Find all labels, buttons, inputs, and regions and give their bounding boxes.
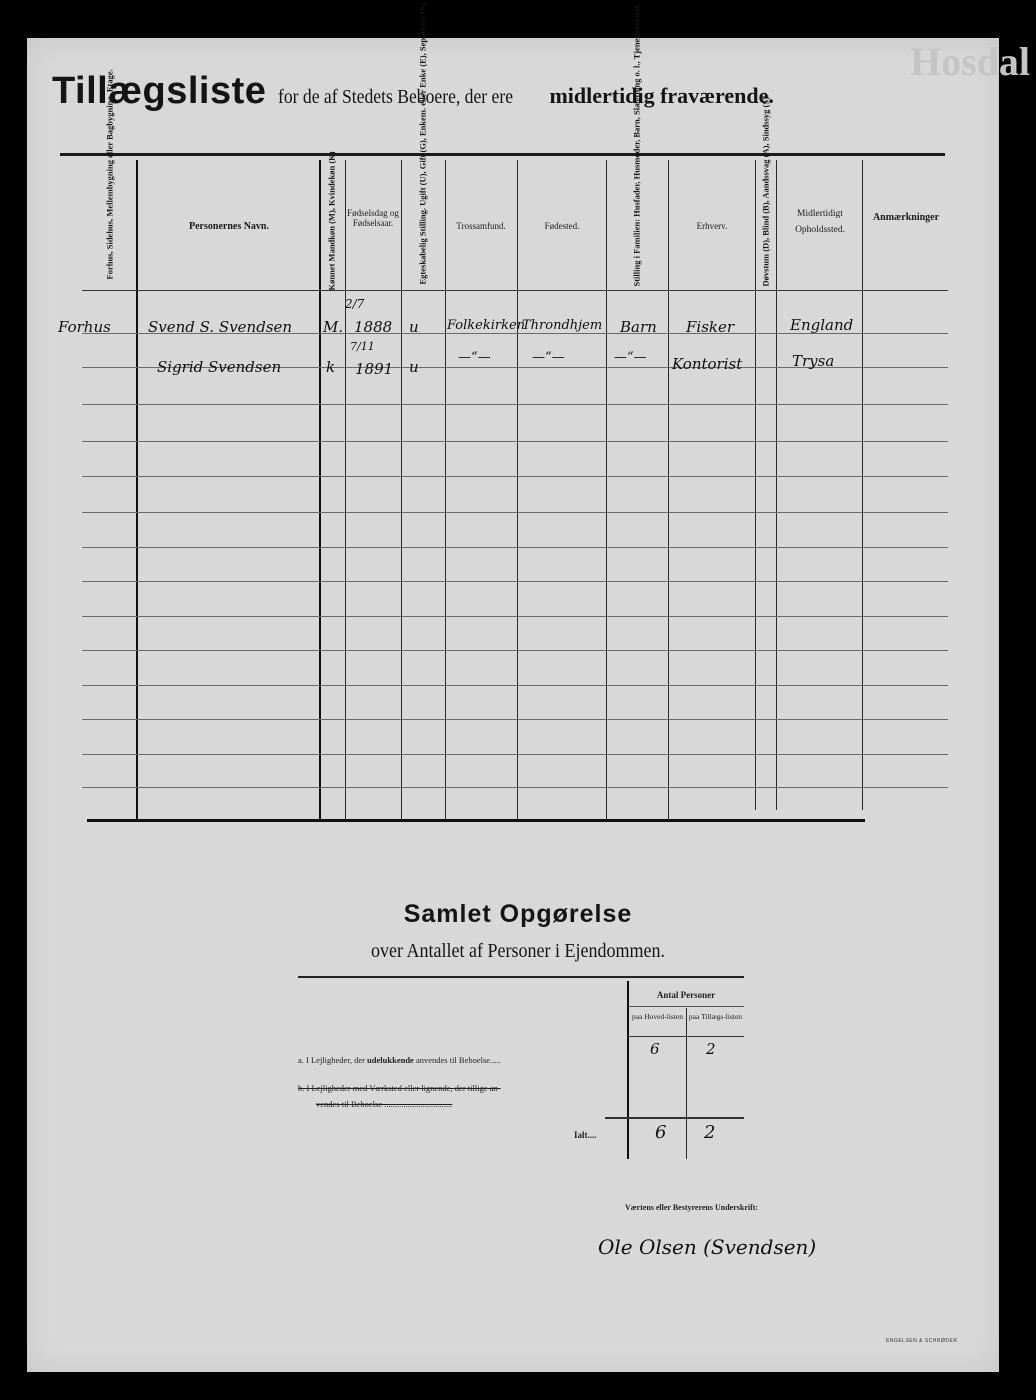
title-middle: for de af Stedets Beboere, der ere [278,86,513,109]
header-family-position: Stilling i Familien: Husfader, Husmoder,… [633,167,642,287]
row1-name: Svend S. Svendsen [148,318,292,336]
row2-birth-day: 7/11 [350,340,375,353]
row2-temp-residence: Trysa [792,352,834,370]
row2-birthplace-ditto: —“— [532,350,565,365]
row2-occupation: Kontorist [672,355,742,373]
table-bottom-rule [87,819,865,822]
row1-birthplace: Throndhjem [522,318,602,333]
row2-family-position-ditto: —“— [614,350,647,365]
summary-total-label: Ialt.... [574,1130,597,1140]
summary-row-b-label-2: vendes til Beboelse ....................… [316,1099,452,1109]
row1-religion: Folkekirken [447,318,525,333]
row2-sex: k [326,358,335,376]
title-end: midlertidig fraværende. [549,83,773,108]
row2-name: Sigrid Svendsen [157,358,281,376]
title-main: Tillægsliste [52,70,266,112]
header-marital: Egteskabelig Stilling. Ugift (U), Gift (… [419,165,428,285]
summary-col-main: paa Hoved-listen [630,1012,685,1022]
summary-row-a-supp: 2 [706,1040,716,1058]
signature-value: Ole Olsen (Svendsen) [598,1235,816,1259]
row1-marital: u [409,318,419,336]
signature-label: Værtens eller Bestyrerens Underskrift: [625,1203,758,1212]
summary-row-b-label-1: b. I Lejligheder med Værksted eller lign… [298,1083,501,1093]
header-birthplace: Fødested. [519,221,605,231]
row2-birth-year: 1891 [355,360,393,378]
summary-total-supp: 2 [704,1122,715,1143]
printer-stamp: ENGELSEN & SCHRØDER [886,1338,957,1344]
summary-col-group: Antal Personer [628,990,744,1000]
summary-row-a-label: a. I Lejligheder, der udelukkende anvend… [298,1055,501,1065]
header-religion: Trossamfund. [447,221,515,231]
row1-birth-year: 1888 [354,318,392,336]
summary-row-a-main: 6 [650,1040,660,1058]
row2-religion-ditto: —“— [458,350,491,365]
summary-total-main: 6 [655,1122,666,1143]
summary-col-supp: paa Tillægs-listen [688,1012,743,1022]
top-rule [60,153,945,156]
row2-marital: u [409,358,419,376]
row1-temp-residence: England [790,316,853,334]
header-occupation: Erhverv. [670,221,754,231]
summary-subtitle: over Antallet af Personer i Ejendommen. [52,940,984,963]
header-building: Forhus, Sidehus, Mellembygning eller Bag… [106,170,115,280]
header-birth: Fødselsdag og Fødselsaar. [347,208,399,228]
header-temp-residence: Midlertidigt Opholdssted. [780,206,860,238]
header-remarks: Anmærkninger [864,213,948,223]
form-title: Tillægsliste for de af Stedets Beboere, … [52,70,774,113]
census-form-page [27,38,999,1372]
row1-occupation: Fisker [686,318,734,336]
row1-sex: M. [323,318,343,336]
header-disability: Døvstum (D), Blind (B), Aandssvag (A), S… [762,167,771,287]
header-sex: Kønnet Mandkøn (M), Kvindekøn (K) [328,171,337,291]
row1-birth-day: 2/7 [345,297,364,311]
bleed-through-text: Hosdal [910,38,1030,85]
summary-title: Samlet Opgørelse [0,900,1036,929]
row1-building: Forhus [58,318,111,336]
header-name: Personernes Navn. [140,222,318,232]
summary-top-rule [298,976,744,978]
row1-family-position: Barn [620,318,657,336]
